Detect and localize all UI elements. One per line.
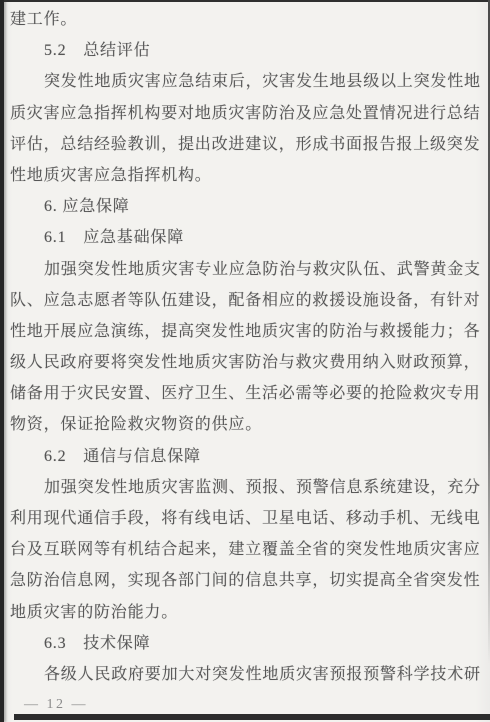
section-heading: 6.3 技术保障: [10, 628, 482, 659]
text-line: 物资，保证抢险救灾物资的供应。: [10, 409, 482, 440]
text-line: 性地质灾害应急指挥机构。: [10, 160, 482, 191]
section-heading: 6.2 通信与信息保障: [10, 441, 482, 472]
section-heading: 6.1 应急基础保障: [10, 222, 482, 253]
text-line: 急防治信息网，实现各部门间的信息共享，切实提高全省突发性: [10, 565, 482, 596]
text-line: 各级人民政府要加大对突发性地质灾害预报预警科学技术研: [10, 659, 482, 690]
text-line: 质灾害应急指挥机构要对地质灾害防治及应急处置情况进行总结: [10, 98, 482, 129]
section-heading: 5.2 总结评估: [10, 35, 482, 66]
text-line: 加强突发性地质灾害专业应急防治与救灾队伍、武警黄金支: [10, 254, 482, 285]
page-number: — 12 —: [24, 696, 88, 713]
text-line: 突发性地质灾害应急结束后，灾害发生地县级以上突发性地: [10, 66, 482, 97]
text-line: 储备用于灾民安置、医疗卫生、生活必需等必要的抢险救灾专用: [10, 378, 482, 409]
text-line: 评估，总结经验教训，提出改进建议，形成书面报告报上级突发: [10, 129, 482, 160]
text-line: 级人民政府要将突发性地质灾害防治与救灾费用纳入财政预算，: [10, 347, 482, 378]
text-line: 建工作。: [10, 4, 482, 35]
document-page: 建工作。5.2 总结评估突发性地质灾害应急结束后，灾害发生地县级以上突发性地质灾…: [0, 0, 490, 722]
text-line: 性地开展应急演练，提高突发性地质灾害的防治与救援能力；各: [10, 316, 482, 347]
text-line: 队、应急志愿者等队伍建设，配备相应的救援设施设备，有针对: [10, 285, 482, 316]
document-body: 建工作。5.2 总结评估突发性地质灾害应急结束后，灾害发生地县级以上突发性地质灾…: [4, 2, 488, 722]
section-heading: 6. 应急保障: [10, 191, 482, 222]
text-line: 台及互联网等有机结合起来，建立覆盖全省的突发性地质灾害应: [10, 534, 482, 565]
text-line: 地质灾害的防治能力。: [10, 597, 482, 628]
text-line: 加强突发性地质灾害监测、预报、预警信息系统建设，充分: [10, 472, 482, 503]
text-line: 利用现代通信手段，将有线电话、卫星电话、移动手机、无线电: [10, 503, 482, 534]
